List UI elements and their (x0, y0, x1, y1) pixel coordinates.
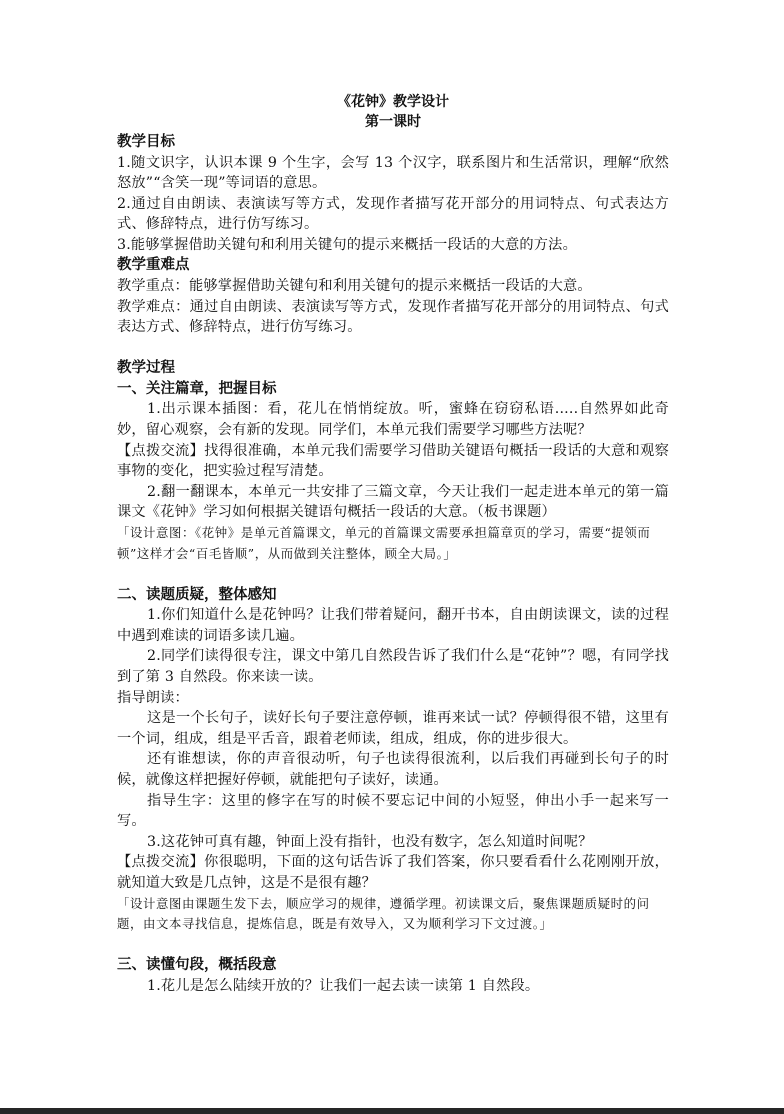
paragraph: 2.同学们读得很专注，课文中第几自然段告诉了我们什么是“花钟”？嗯，有同学找到了… (117, 646, 669, 687)
paragraph: 指导朗读： (117, 688, 669, 709)
goal-item: 2.通过自由朗读、表演读写等方式，发现作者描写花开部分的用词特点、句式表达方式、… (117, 194, 669, 235)
document-page: 《花钟》教学设计 第一课时 教学目标 1.随文识字，认识本课 9 个生字，会写 … (117, 92, 669, 996)
goal-item: 1.随文识字，认识本课 9 个生字，会写 13 个汉字，联系图片和生活常识，理解… (117, 153, 669, 194)
spacer (117, 338, 669, 359)
key-points-heading: 教学重难点 (117, 255, 669, 276)
document-title: 《花钟》教学设计 (117, 92, 669, 112)
design-intent-note: 「设计意图由课题生发下去，顺应学习的规律，遵循学理。初读课文后，聚焦课题质疑时的… (117, 894, 669, 935)
key-difficulty: 教学难点：通过自由朗读、表演读写等方式，发现作者描写花开部分的用词特点、句式表达… (117, 297, 669, 338)
bottom-bar (0, 1108, 784, 1114)
paragraph: 3.这花钟可真有趣，钟面上没有指针，也没有数字，怎么知道时间呢？ (117, 832, 669, 853)
goals-heading: 教学目标 (117, 132, 669, 153)
paragraph: 1.你们知道什么是花钟吗？让我们带着疑问，翻开书本，自由朗读课文，读的过程中遇到… (117, 605, 669, 646)
goal-item: 3.能够掌握借助关键句和利用关键句的提示来概括一段话的大意的方法。 (117, 235, 669, 256)
paragraph: 2.翻一翻课本，本单元一共安排了三篇文章，今天让我们一起走进本单元的第一篇课文《… (117, 482, 669, 523)
design-intent-note: 「设计意图：《花钟》是单元首篇课文，单元的首篇课文需要承担篇章页的学习，需要“提… (117, 523, 669, 564)
part3-heading: 三、读懂句段，概括段意 (117, 955, 669, 976)
process-heading: 教学过程 (117, 358, 669, 379)
key-focus: 教学重点：能够掌握借助关键句和利用关键句的提示来概括一段话的大意。 (117, 276, 669, 297)
spacer (117, 935, 669, 956)
paragraph: 【点拨交流】你很聪明，下面的这句话告诉了我们答案，你只要看看什么花刚刚开放，就知… (117, 852, 669, 893)
paragraph: 还有谁想读，你的声音很动听，句子也读得很流利，以后我们再碰到长句子的时候，就像这… (117, 749, 669, 790)
paragraph: 这是一个长句子，读好长句子要注意停顿，谁再来试一试？停顿得很不错，这里有一个词，… (117, 708, 669, 749)
paragraph: 指导生字：这里的修字在写的时候不要忘记中间的小短竖，伸出小手一起来写一写。 (117, 791, 669, 832)
paragraph: 1.花儿是怎么陆续开放的？让我们一起去读一读第 1 自然段。 (117, 976, 669, 997)
paragraph: 【点拨交流】找得很准确，本单元我们需要学习借助关键语句概括一段话的大意和观察事物… (117, 441, 669, 482)
part2-heading: 二、读题质疑，整体感知 (117, 585, 669, 606)
spacer (117, 564, 669, 585)
part1-heading: 一、关注篇章，把握目标 (117, 379, 669, 400)
document-subtitle: 第一课时 (117, 112, 669, 132)
paragraph: 1.出示课本插图：看，花儿在悄悄绽放。听，蜜蜂在窃窃私语.....自然界如此奇妙… (117, 399, 669, 440)
